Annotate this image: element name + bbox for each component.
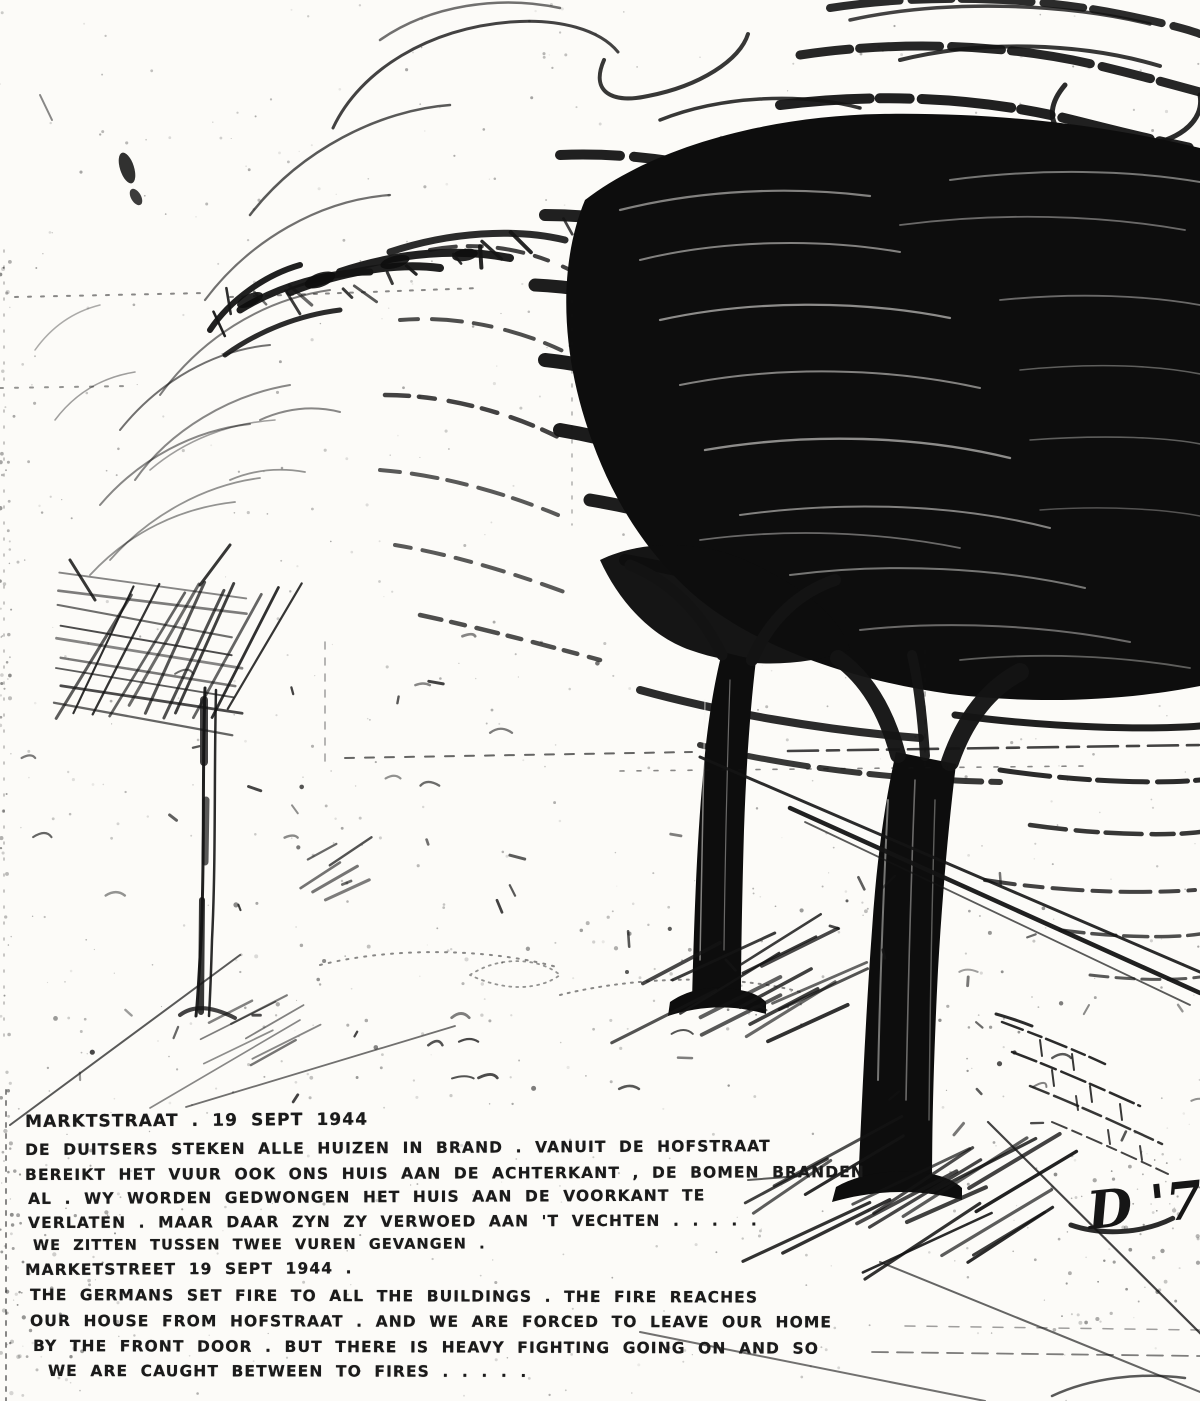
- caption-english-line-1: THE GERMANS SET FIRE TO ALL THE BUILDING…: [30, 1286, 758, 1307]
- caption-dutch-line-2: BEREIKT HET VUUR OOK ONS HUIS AAN DE ACH…: [25, 1163, 865, 1184]
- caption-block: MARKTSTRAAT . 19 SEPT 1944 DE DUITSERS S…: [0, 0, 1200, 1401]
- caption-english-line-2: OUR HOUSE FROM HOFSTRAAT . AND WE ARE FO…: [30, 1312, 832, 1331]
- caption-english-title: MARKETSTREET 19 SEPT 1944 .: [25, 1259, 353, 1279]
- caption-dutch-title: MARKTSTRAAT . 19 SEPT 1944: [25, 1110, 368, 1132]
- caption-dutch-line-4: VERLATEN . MAAR DAAR ZYN ZY VERWOED AAN …: [28, 1211, 758, 1232]
- caption-english-line-3: BY THE FRONT DOOR . BUT THERE IS HEAVY F…: [33, 1337, 819, 1358]
- caption-dutch-line-5: WE ZITTEN TUSSEN TWEE VUREN GEVANGEN .: [33, 1236, 486, 1254]
- caption-dutch-line-1: DE DUITSERS STEKEN ALLE HUIZEN IN BRAND …: [25, 1137, 771, 1159]
- diary-page: D '7 MARKTSTRAAT . 19 SEPT 1944 DE DUITS…: [0, 0, 1200, 1401]
- caption-dutch-line-3: AL . WY WORDEN GEDWONGEN HET HUIS AAN DE…: [28, 1186, 705, 1208]
- caption-english-line-4: WE ARE CAUGHT BETWEEN TO FIRES . . . . .: [48, 1362, 527, 1381]
